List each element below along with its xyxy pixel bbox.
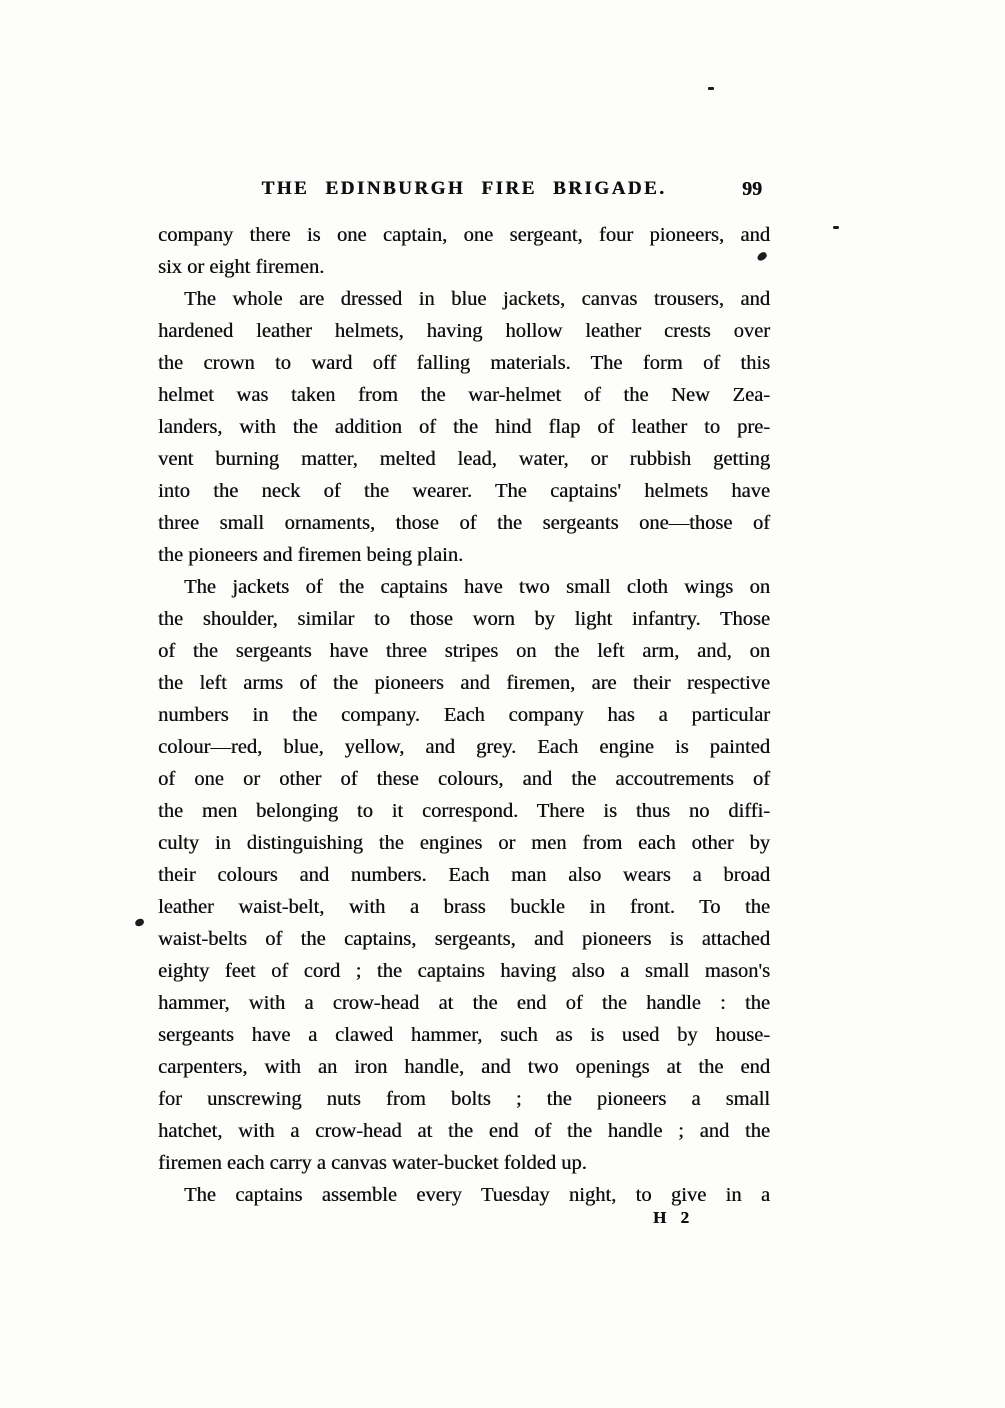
signature-mark: H 2 [653, 1208, 694, 1228]
running-header: THE EDINBURGH FIRE BRIGADE. 99 [158, 178, 770, 204]
text-line: vent burning matter, melted lead, water,… [158, 443, 770, 475]
text-line: eighty feet of cord ; the captains havin… [158, 955, 770, 987]
text-line: three small ornaments, those of the serg… [158, 507, 770, 539]
text-line: culty in distinguishing the engines or m… [158, 827, 770, 859]
text-line: into the neck of the wearer. The captain… [158, 475, 770, 507]
text-line: The jackets of the captains have two sma… [158, 571, 770, 603]
text-line: hammer, with a crow-head at the end of t… [158, 987, 770, 1019]
book-page: THE EDINBURGH FIRE BRIGADE. 99 company t… [0, 0, 1005, 1408]
text-line: six or eight firemen. [158, 251, 770, 283]
text-line: the pioneers and firemen being plain. [158, 539, 770, 571]
text-line: carpenters, with an iron handle, and two… [158, 1051, 770, 1083]
text-line: waist-belts of the captains, sergeants, … [158, 923, 770, 955]
text-line: landers, with the addition of the hind f… [158, 411, 770, 443]
text-line: The captains assemble every Tuesday nigh… [158, 1179, 770, 1211]
ink-speck [833, 226, 839, 229]
text-line: the crown to ward off falling materials.… [158, 347, 770, 379]
text-line: The whole are dressed in blue jackets, c… [158, 283, 770, 315]
page-number: 99 [742, 178, 762, 201]
text-line: the shoulder, similar to those worn by l… [158, 603, 770, 635]
text-line: hatchet, with a crow-head at the end of … [158, 1115, 770, 1147]
text-line: numbers in the company. Each company has… [158, 699, 770, 731]
text-line: of one or other of these colours, and th… [158, 763, 770, 795]
text-line: firemen each carry a canvas water-bucket… [158, 1147, 770, 1179]
text-line: sergeants have a clawed hammer, such as … [158, 1019, 770, 1051]
text-line: their colours and numbers. Each man also… [158, 859, 770, 891]
text-line: of the sergeants have three stripes on t… [158, 635, 770, 667]
text-line: helmet was taken from the war-helmet of … [158, 379, 770, 411]
text-line: the left arms of the pioneers and fireme… [158, 667, 770, 699]
text-line: leather waist-belt, with a brass buckle … [158, 891, 770, 923]
ink-speck [708, 87, 714, 90]
text-line: the men belonging to it correspond. Ther… [158, 795, 770, 827]
text-line: colour—red, blue, yellow, and grey. Each… [158, 731, 770, 763]
text-line: for unscrewing nuts from bolts ; the pio… [158, 1083, 770, 1115]
page-text: company there is one captain, one sergea… [158, 219, 770, 1211]
text-line: company there is one captain, one sergea… [158, 219, 770, 251]
page-title: THE EDINBURGH FIRE BRIGADE. [158, 178, 770, 200]
ink-speck [134, 918, 145, 928]
text-line: hardened leather helmets, having hollow … [158, 315, 770, 347]
